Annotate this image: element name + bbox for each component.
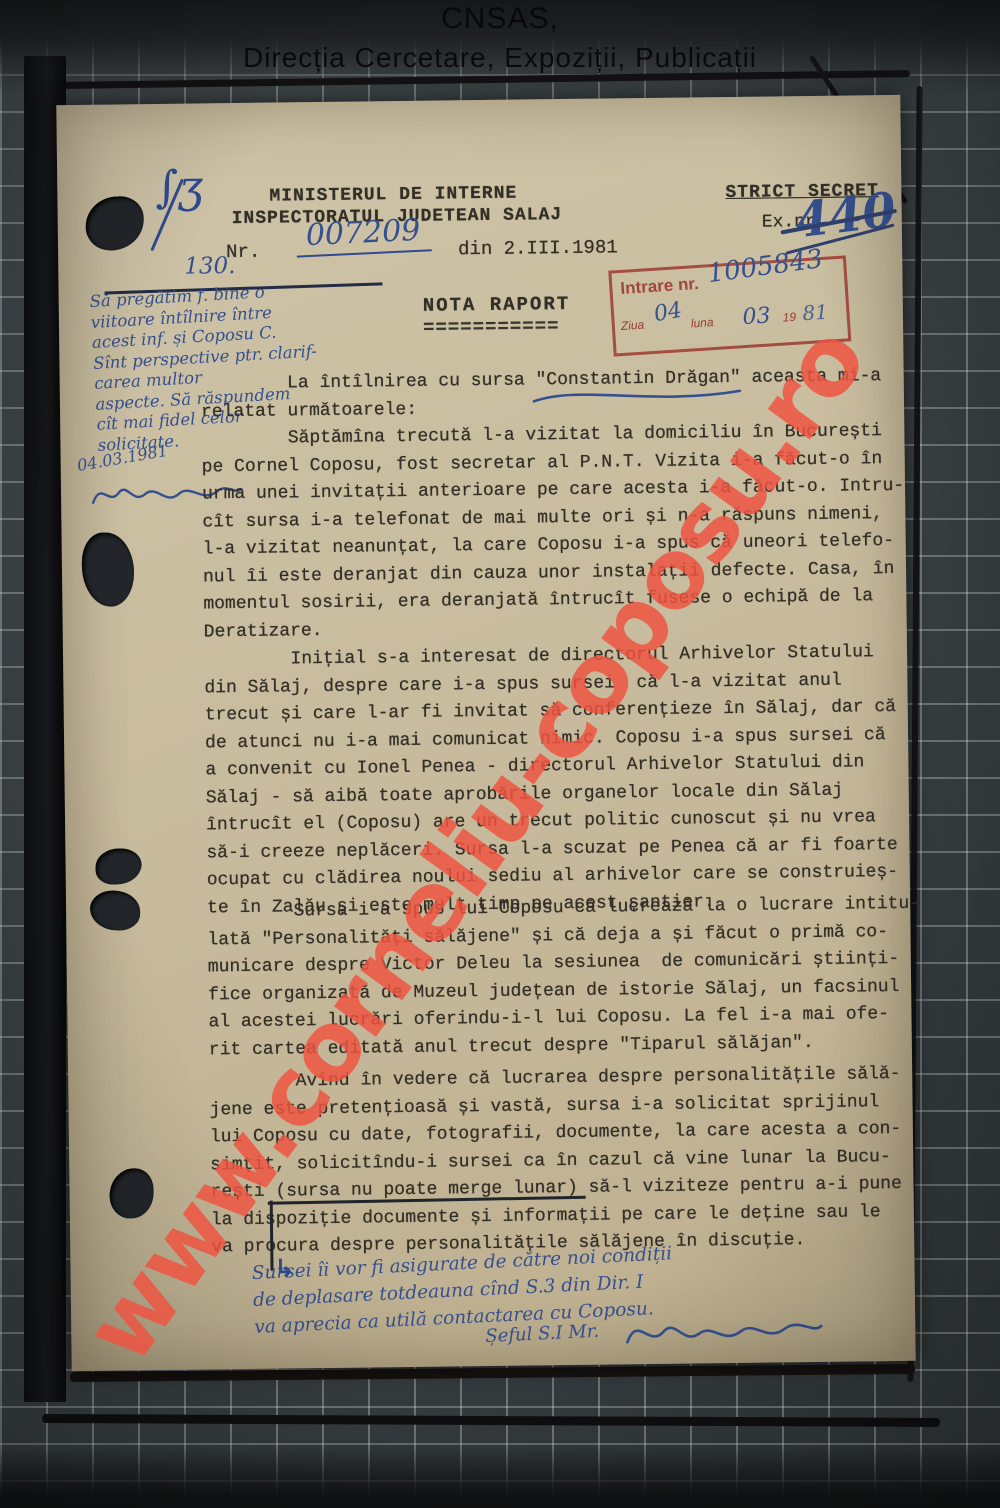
report-title-underline: ===========	[423, 315, 560, 339]
stamp-intrare-label: Intrare nr.	[620, 274, 700, 299]
caption-institution: CNSAS,	[0, 2, 1000, 36]
document-number-handwritten: 007209	[295, 212, 431, 257]
torn-punch-hole	[82, 532, 135, 607]
photo-caption: CNSAS, Direcția Cercetare, Expoziții, Pu…	[0, 2, 1000, 74]
letterhead-ministry: MINISTERUL DE INTERNE	[269, 184, 517, 207]
chief-signature-scribble	[619, 1304, 830, 1359]
report-title: NOTA RAPORT	[423, 293, 571, 317]
stamp-day-label: Ziua	[620, 318, 644, 333]
stamp-month-handwritten: 03	[742, 303, 772, 330]
torn-punch-hole	[90, 890, 140, 931]
torn-punch-hole	[95, 848, 141, 885]
source-name-ink-swash	[530, 387, 745, 408]
photo-bottom-shadow	[0, 1448, 1000, 1508]
document-date: din 2.III.1981	[458, 236, 618, 260]
stamp-day-handwritten: 04	[652, 298, 684, 327]
torn-punch-hole	[85, 196, 144, 251]
stamp-month-label: luna	[690, 315, 714, 330]
caption-directorate: Direcția Cercetare, Expoziții, Publicați…	[0, 42, 1000, 74]
stamp-number-handwritten: 1005843	[706, 244, 825, 289]
registry-number-handwritten: 130.	[184, 253, 236, 280]
chief-signoff: Șeful S.I Mr.	[485, 1321, 600, 1347]
